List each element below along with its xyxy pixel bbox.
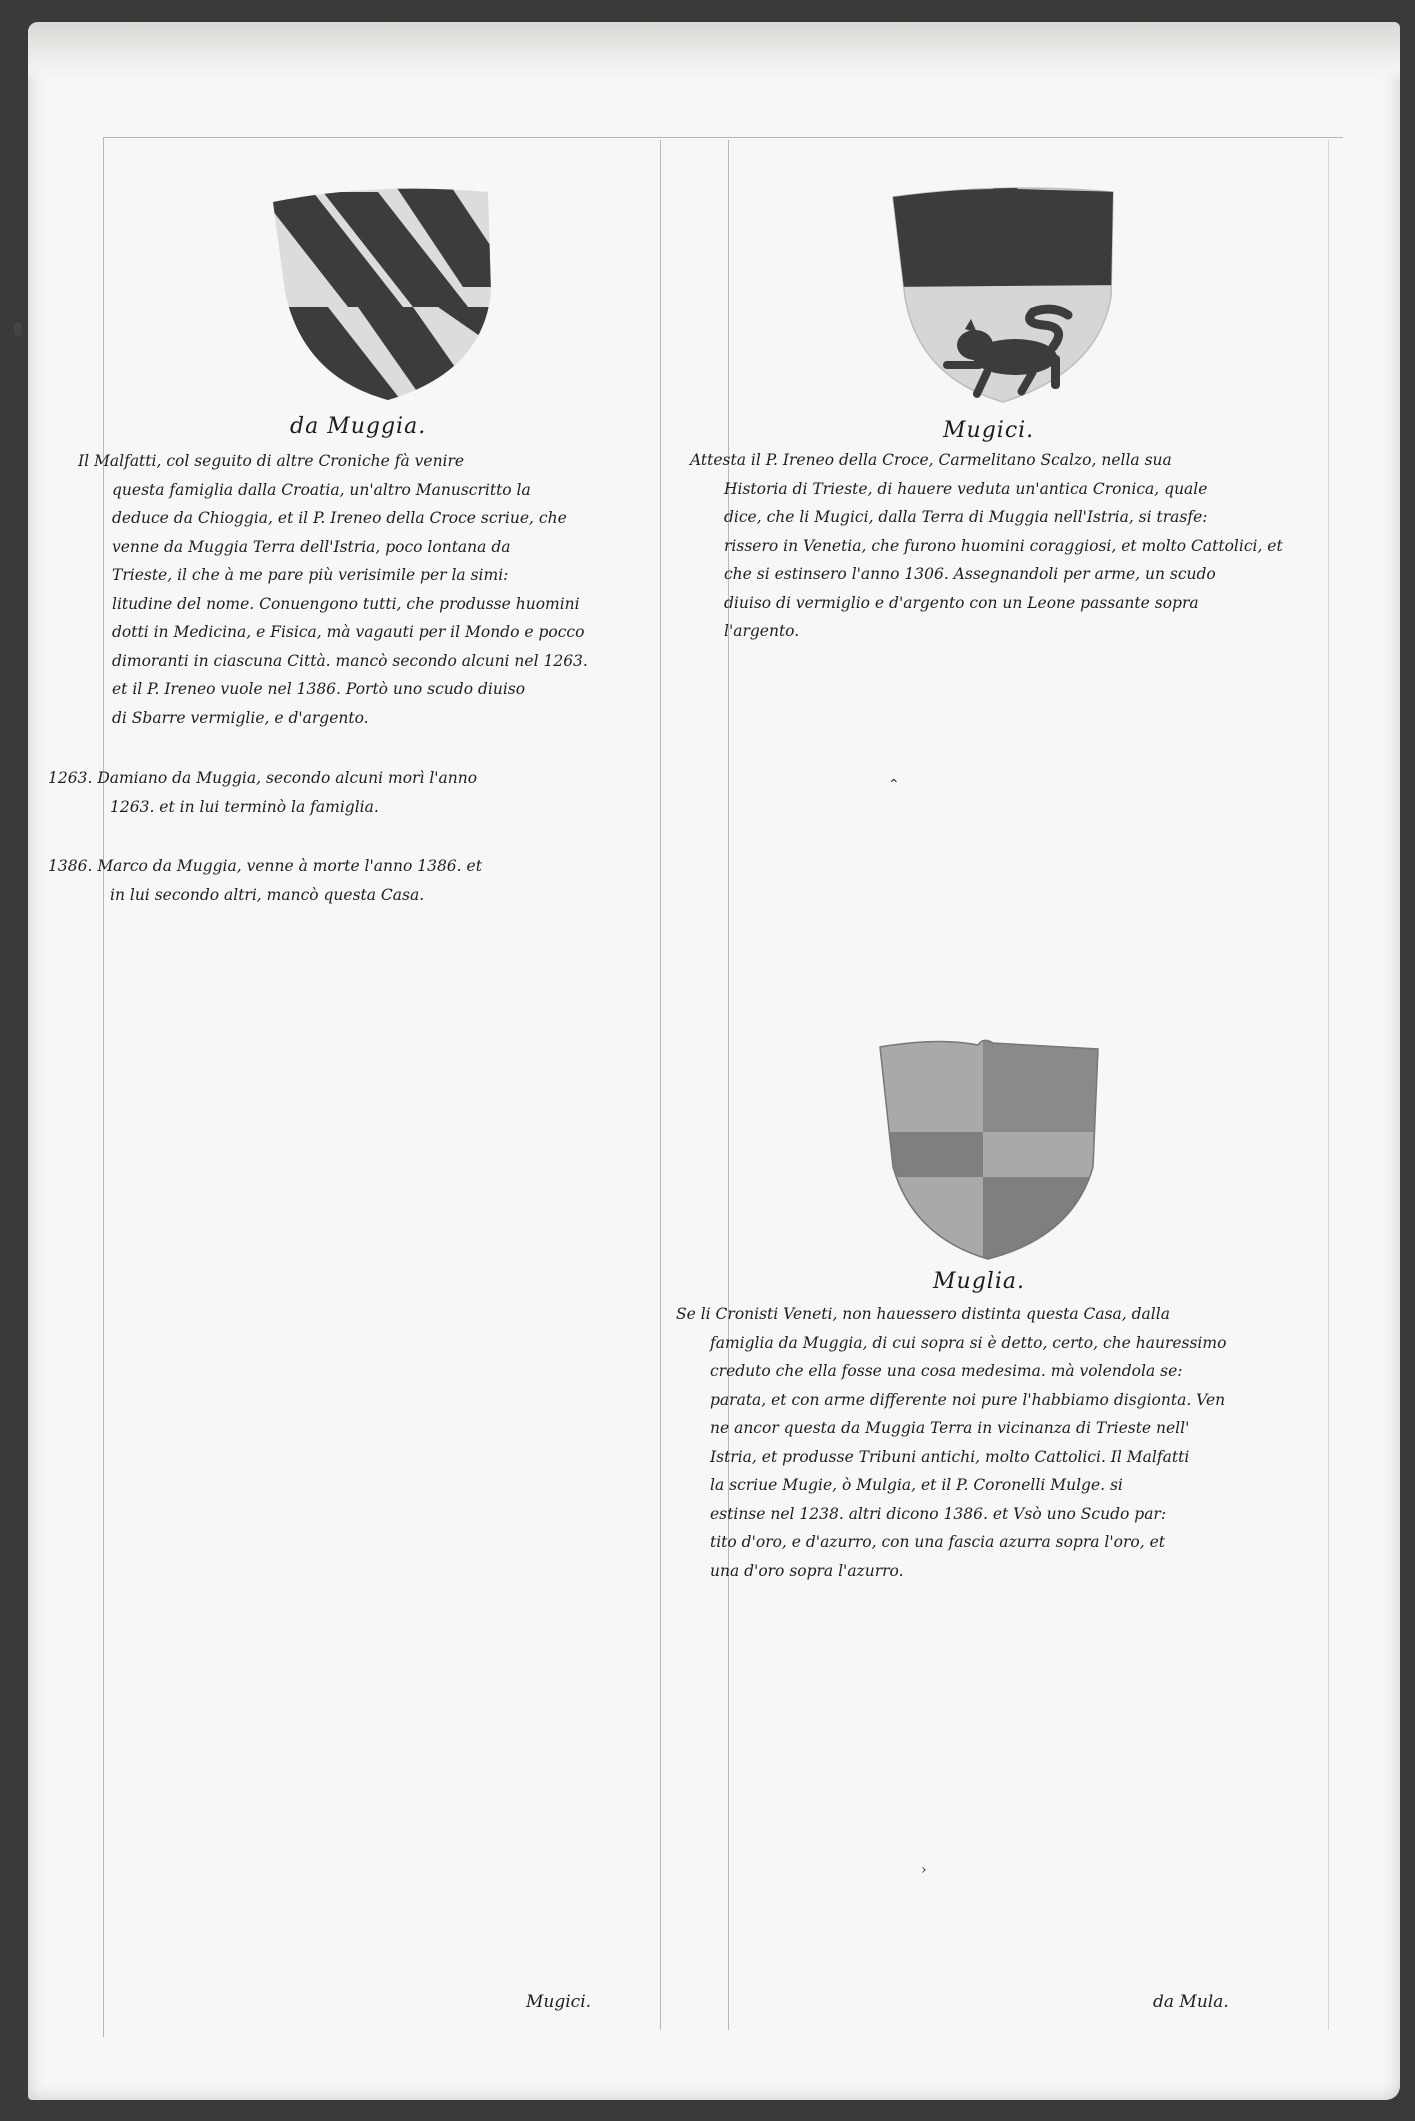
text-line: ne ancor questa da Muggia Terra in vicin… [676, 1414, 1226, 1443]
text-line: Istria, et produsse Tribuni antichi, mol… [676, 1443, 1226, 1472]
text-line: l'argento. [690, 617, 1283, 646]
heading-mugici: Mugici. [943, 418, 1034, 443]
text-line: di Sbarre vermiglie, e d'argento. [78, 704, 588, 733]
entry-line: in lui secondo altri, mancò questa Casa. [48, 881, 482, 910]
shield-muglia-icon [858, 1027, 1108, 1262]
text-line: et il P. Ireneo vuole nel 1386. Portò un… [78, 675, 588, 704]
catchword-left: Mugici. [526, 1992, 591, 2012]
shield-da-muggia-icon [253, 172, 503, 407]
text-line: dotti in Medicina, e Fisica, mà vagauti … [78, 618, 588, 647]
entry-year: 1263. [48, 769, 92, 787]
entry-line: 1386. Marco da Muggia, venne à morte l'a… [48, 852, 482, 881]
catchword-right: da Mula. [1153, 1992, 1229, 2012]
text-line: la scriue Mugie, ò Mulgia, et il P. Coro… [676, 1471, 1226, 1500]
paragraph-muglia: Se li Cronisti Veneti, non hauessero dis… [676, 1300, 1226, 1585]
heading-da-muggia: da Muggia. [290, 414, 426, 439]
text-line: Historia di Trieste, di hauere veduta un… [690, 475, 1283, 504]
page-top-edge [28, 22, 1400, 82]
entry-1386: 1386. Marco da Muggia, venne à morte l'a… [48, 852, 482, 909]
rule-left-margin [103, 137, 104, 2037]
entry-line: 1263. et in lui terminò la famiglia. [48, 793, 477, 822]
rule-right-margin [1328, 140, 1329, 2030]
stray-ink-mark: ⌃ [888, 777, 900, 793]
paragraph-mugici: Attesta il P. Ireneo della Croce, Carmel… [690, 446, 1283, 646]
text-line: Trieste, il che à me pare più verisimile… [78, 561, 588, 590]
text-line: Il Malfatti, col seguito di altre Cronic… [78, 447, 588, 476]
stray-ink-mark: › [921, 1862, 927, 1878]
text-line: questa famiglia dalla Croatia, un'altro … [78, 476, 588, 505]
text-line: Se li Cronisti Veneti, non hauessero dis… [676, 1300, 1226, 1329]
text-line: dice, che li Mugici, dalla Terra di Mugg… [690, 503, 1283, 532]
text-line: tito d'oro, e d'azurro, con una fascia a… [676, 1528, 1226, 1557]
text-line: parata, et con arme differente noi pure … [676, 1386, 1226, 1415]
shield-mugici-icon [883, 177, 1123, 407]
text-line: dimoranti in ciascuna Città. mancò secon… [78, 647, 588, 676]
paragraph-da-muggia: Il Malfatti, col seguito di altre Cronic… [78, 447, 588, 732]
text-line: Attesta il P. Ireneo della Croce, Carmel… [690, 446, 1283, 475]
text-line: rissero in Venetia, che furono huomini c… [690, 532, 1283, 561]
text-line: venne da Muggia Terra dell'Istria, poco … [78, 533, 588, 562]
manuscript-page: da Muggia. Il Malfatti, col seguito di a… [28, 22, 1400, 2100]
binding-mark [14, 322, 22, 336]
text-line: estinse nel 1238. altri dicono 1386. et … [676, 1500, 1226, 1529]
text-line: deduce da Chioggia, et il P. Ireneo dell… [78, 504, 588, 533]
text-line: diuiso di vermiglio e d'argento con un L… [690, 589, 1283, 618]
entry-text: Marco da Muggia, venne à morte l'anno 13… [97, 857, 482, 875]
text-line: creduto che ella fosse una cosa medesima… [676, 1357, 1226, 1386]
text-line: litudine del nome. Conuengono tutti, che… [78, 590, 588, 619]
heading-muglia: Muglia. [933, 1269, 1025, 1294]
rule-column-divider-right [728, 140, 729, 2030]
entry-year: 1386. [48, 857, 92, 875]
text-line: famiglia da Muggia, di cui sopra si è de… [676, 1329, 1226, 1358]
rule-top [103, 137, 1343, 138]
rule-column-divider-left [660, 140, 661, 2030]
entry-1263: 1263. Damiano da Muggia, secondo alcuni … [48, 764, 477, 821]
text-line: che si estinsero l'anno 1306. Assegnando… [690, 560, 1283, 589]
entry-text: Damiano da Muggia, secondo alcuni morì l… [97, 769, 477, 787]
entry-line: 1263. Damiano da Muggia, secondo alcuni … [48, 764, 477, 793]
text-line: una d'oro sopra l'azurro. [676, 1557, 1226, 1586]
